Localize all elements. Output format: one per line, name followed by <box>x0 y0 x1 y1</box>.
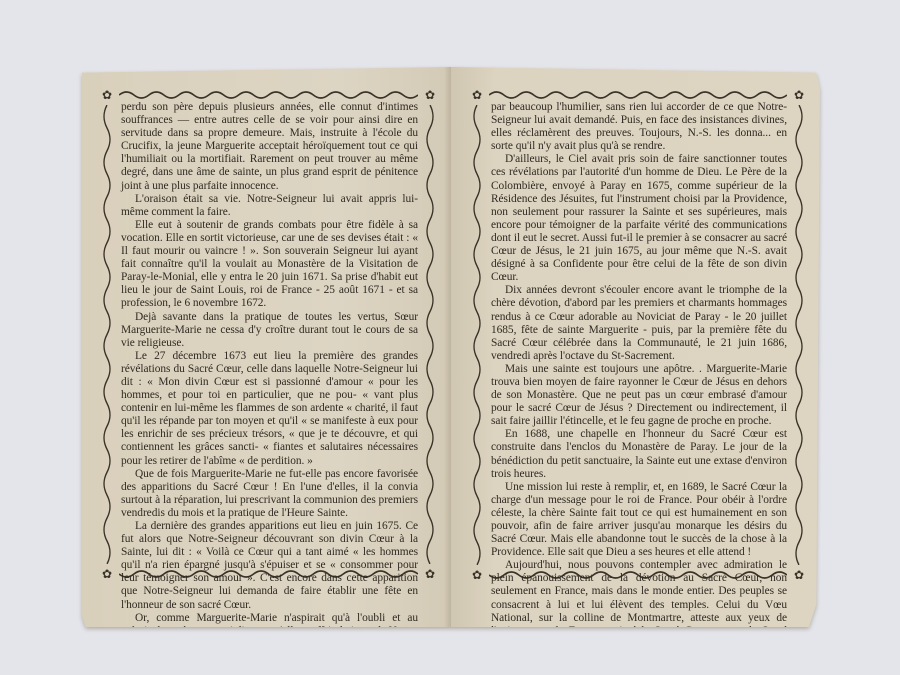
paragraph: Le 27 décembre 1673 eut lieu la première… <box>121 350 418 468</box>
paragraph: La dernière des grandes apparitions eut … <box>121 520 418 612</box>
paragraph: Dix années devront s'écouler encore avan… <box>491 284 787 363</box>
rosette-corner-icon: ✿ <box>101 89 113 101</box>
paragraph: Elle eut à soutenir de grands combats po… <box>121 219 418 311</box>
paragraph: perdu son père depuis plusieurs années, … <box>121 101 418 193</box>
rosette-corner-icon: ✿ <box>424 568 436 580</box>
left-page: ✿ ✿ ✿ ✿ perdu son père depuis plusieurs … <box>82 67 451 627</box>
wavy-border-left-icon <box>102 105 112 564</box>
right-page: ✿ ✿ ✿ ✿ par beaucoup l'humilier, sans ri… <box>451 67 820 627</box>
wavy-border-right-icon <box>425 105 435 564</box>
paragraph: Une mission lui reste à remplir, et, en … <box>491 481 787 560</box>
rosette-corner-icon: ✿ <box>101 568 113 580</box>
paragraph: Dejà savante dans la pratique de toutes … <box>121 311 418 350</box>
rosette-corner-icon: ✿ <box>793 89 805 101</box>
paragraph: par beaucoup l'humilier, sans rien lui a… <box>491 101 787 153</box>
rosette-corner-icon: ✿ <box>471 569 483 581</box>
wavy-border-top-icon <box>489 90 787 100</box>
rosette-corner-icon: ✿ <box>793 569 805 581</box>
paragraph: Or, comme Marguerite-Marie n'aspirait qu… <box>121 612 418 675</box>
paragraph: D'ailleurs, le Ciel avait pris soin de f… <box>491 153 787 284</box>
right-page-ornamental-border: ✿ ✿ ✿ ✿ par beaucoup l'humilier, sans ri… <box>477 95 799 575</box>
paragraph: Que de fois Marguerite-Marie ne fut-elle… <box>121 468 418 520</box>
left-page-ornamental-border: ✿ ✿ ✿ ✿ perdu son père depuis plusieurs … <box>107 95 430 574</box>
wavy-border-left-icon <box>472 105 482 565</box>
rosette-corner-icon: ✿ <box>471 89 483 101</box>
paragraph: Mais une sainte est toujours une apôtre.… <box>491 363 787 428</box>
paragraph: En 1688, une chapelle en l'honneur du Sa… <box>491 428 787 480</box>
left-page-text: perdu son père depuis plusieurs années, … <box>121 101 418 675</box>
wavy-border-right-icon <box>794 105 804 565</box>
rosette-corner-icon: ✿ <box>424 89 436 101</box>
paragraph: L'oraison était sa vie. Notre-Seigneur l… <box>121 193 418 219</box>
paragraph: Aujourd'hui, nous pouvons contempler ave… <box>491 559 787 675</box>
wavy-border-top-icon <box>119 90 418 100</box>
right-page-text: par beaucoup l'humilier, sans rien lui a… <box>491 101 787 675</box>
open-booklet: ✿ ✿ ✿ ✿ perdu son père depuis plusieurs … <box>82 67 820 627</box>
